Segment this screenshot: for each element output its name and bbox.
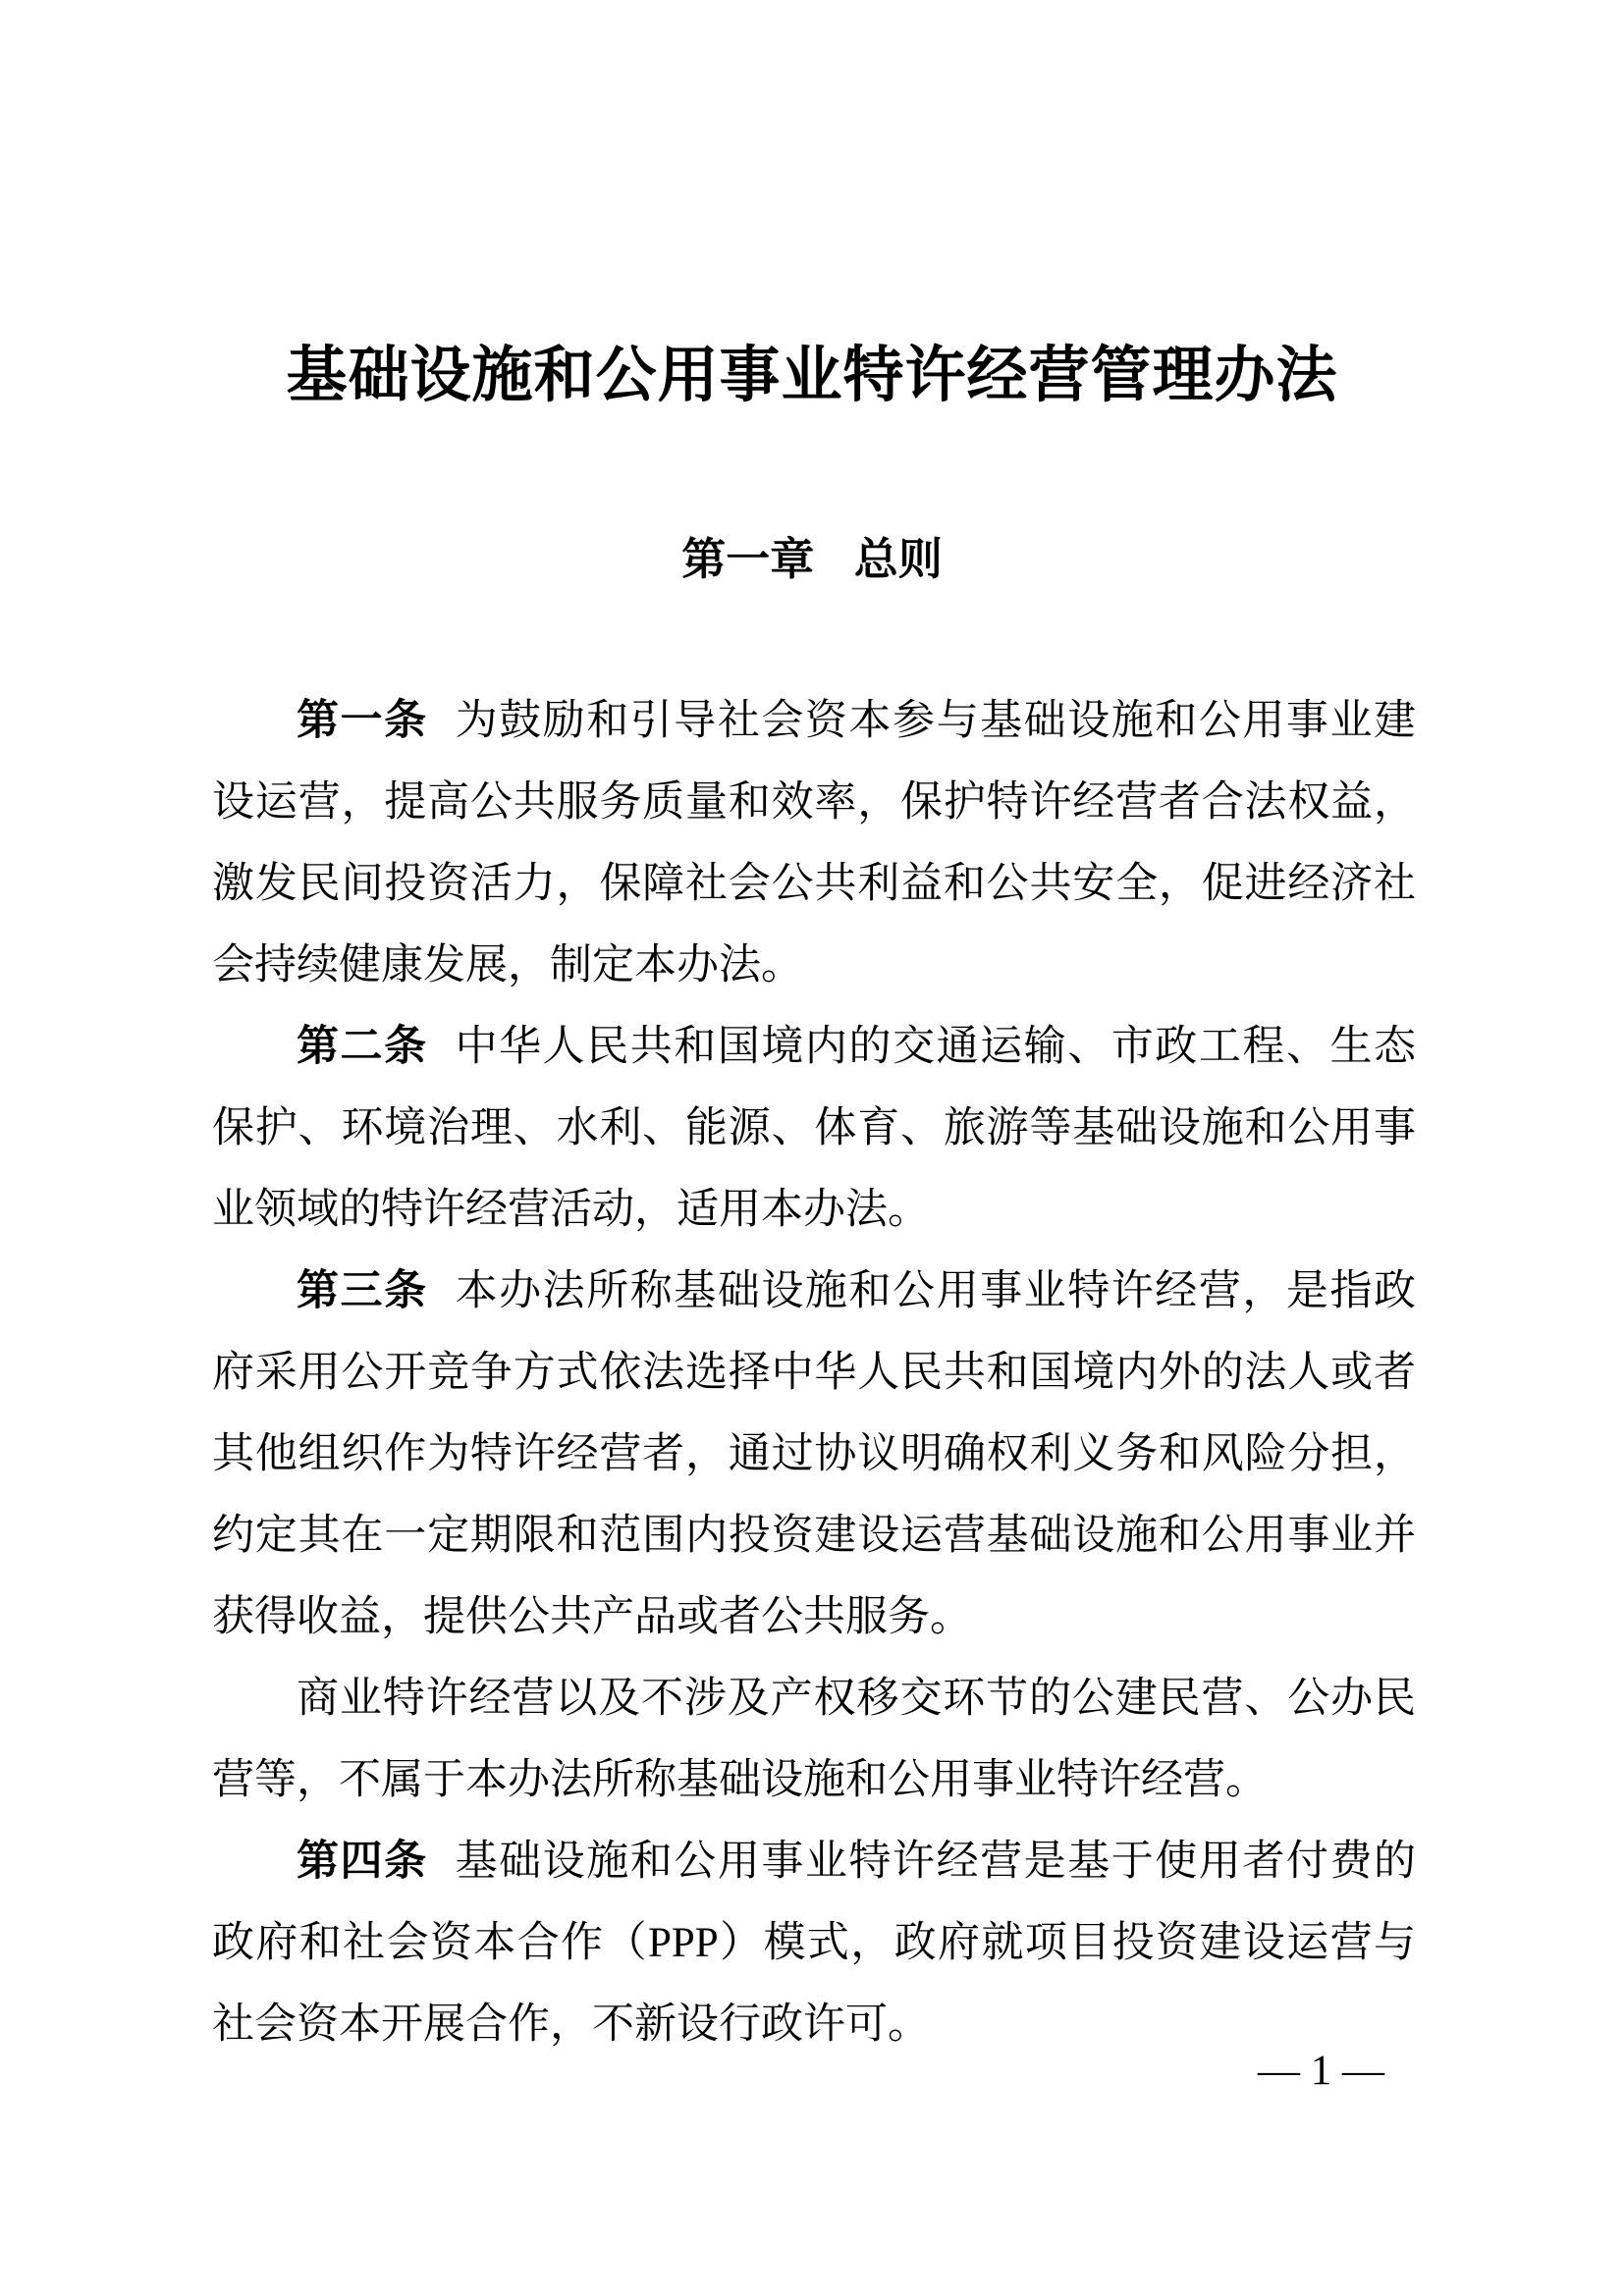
document-body: 第一条为鼓励和引导社会资本参与基础设施和公用事业建设运营，提高公共服务质量和效率… — [212, 680, 1416, 2065]
document-title: 基础设施和公用事业特许经营管理办法 — [0, 336, 1624, 416]
article-paragraph: 第一条为鼓励和引导社会资本参与基础设施和公用事业建设运营，提高公共服务质量和效率… — [212, 680, 1416, 1006]
chapter-heading: 第一章总则 — [0, 530, 1624, 589]
article-label: 第一条 — [297, 697, 428, 744]
chapter-title: 总则 — [854, 534, 943, 584]
article-text: 本办法所称基础设施和公用事业特许经营，是指政府采用公开竞争方式依法选择中华人民共… — [212, 1268, 1416, 1640]
chapter-number: 第一章 — [681, 534, 814, 584]
page-number: — 1 — — [1258, 2048, 1384, 2095]
article-paragraph: 商业特许经营以及不涉及产权移交环节的公建民营、公办民营等，不属于本办法所称基础设… — [212, 1658, 1416, 1821]
article-label: 第三条 — [297, 1267, 428, 1314]
article-paragraph: 第四条基础设施和公用事业特许经营是基于使用者付费的政府和社会资本合作（PPP）模… — [212, 1821, 1416, 2065]
article-text: 商业特许经营以及不涉及产权移交环节的公建民营、公办民营等，不属于本办法所称基础设… — [212, 1676, 1416, 1803]
article-label: 第二条 — [297, 1023, 428, 1070]
document-page: 基础设施和公用事业特许经营管理办法 第一章总则 第一条为鼓励和引导社会资本参与基… — [0, 0, 1624, 2296]
article-paragraph: 第二条中华人民共和国境内的交通运输、市政工程、生态保护、环境治理、水利、能源、体… — [212, 1006, 1416, 1251]
article-label: 第四条 — [297, 1838, 428, 1885]
article-paragraph: 第三条本办法所称基础设施和公用事业特许经营，是指政府采用公开竞争方式依法选择中华… — [212, 1251, 1416, 1658]
